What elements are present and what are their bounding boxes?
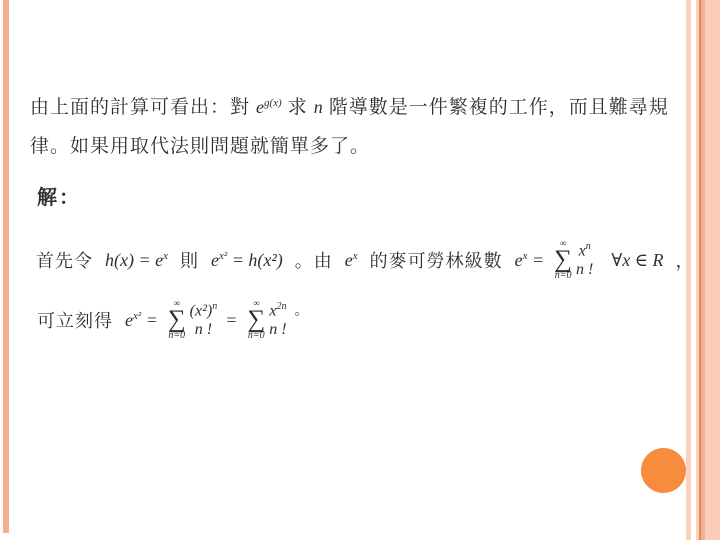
paragraph-line-1: 由上面的計算可看出：對eg(x)求n階導數是一件繁複的工作，而且難尋規	[30, 84, 690, 127]
fraction-xn-over-nfact: xn n !	[576, 241, 593, 279]
equals-sign: =	[225, 310, 237, 331]
cjk-text: 首先令	[36, 247, 93, 273]
paragraph-text: 求	[288, 97, 308, 118]
cjk-comma: ，	[676, 247, 695, 273]
paragraph-text: 由上面的計算可看出：對	[30, 97, 250, 118]
fraction-x2n-over-nfact: (x²)n n !	[190, 301, 218, 339]
numerator: xn	[579, 241, 591, 261]
cjk-text: 的麥可勞林級數	[370, 247, 503, 273]
denominator: n !	[576, 261, 593, 279]
inline-math-n: n	[314, 97, 323, 117]
numerator: (x²)n	[190, 301, 218, 321]
right-accent-stripe-5	[705, 0, 720, 540]
equation-hx-ex: h(x) = ex	[105, 250, 168, 271]
equation-ex-equals: ex =	[515, 250, 545, 271]
cjk-period: 。	[295, 300, 310, 320]
equation-ex2: ex² =	[125, 310, 158, 331]
paragraph-line-2: 律。如果用取代法則問題就簡單多了。	[30, 127, 690, 166]
slide-canvas: 由上面的計算可看出：對eg(x)求n階導數是一件繁複的工作，而且難尋規 律。如果…	[0, 0, 720, 540]
numerator: x2n	[269, 301, 286, 321]
decorative-circle	[641, 448, 686, 493]
summation-symbol: ∞ ∑ n=0	[168, 299, 186, 342]
math-line-2: 可立刻得 ex² = ∞ ∑ n=0 (x²)n n ! = ∞ ∑ n=0 x…	[37, 291, 316, 349]
cjk-text: 則	[180, 247, 199, 273]
summation-symbol: ∞ ∑ n=0	[554, 239, 572, 282]
cjk-text: 可立刻得	[37, 307, 113, 333]
forall-condition: ∀x ∈ R	[611, 250, 663, 271]
denominator: n !	[269, 321, 286, 339]
math-line-1: 首先令 h(x) = ex 則 ex² = h(x²) 。由 ex 的麥可勞林級…	[36, 231, 701, 289]
inline-math-e-gx: eg(x)	[256, 97, 282, 117]
left-accent-stripe	[3, 0, 9, 533]
denominator: n !	[195, 321, 212, 339]
equation-ex: ex	[345, 250, 358, 271]
summation-symbol: ∞ ∑ n=0	[247, 299, 265, 342]
fraction-x2n-power-over-nfact: x2n n !	[269, 301, 286, 339]
paragraph-text: 階導數是一件繁複的工作，而且難尋規	[329, 97, 669, 118]
intro-paragraph: 由上面的計算可看出：對eg(x)求n階導數是一件繁複的工作，而且難尋規 律。如果…	[30, 84, 690, 166]
cjk-text: 。由	[295, 247, 333, 273]
equation-ex2-hx2: ex² = h(x²)	[211, 250, 283, 271]
solution-label: 解：	[37, 181, 81, 210]
